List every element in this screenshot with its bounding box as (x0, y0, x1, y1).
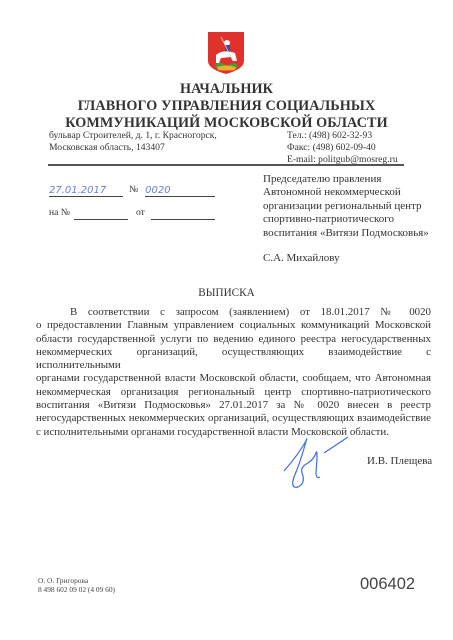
header-line-1: НАЧАЛЬНИК (0, 81, 453, 98)
body-line: некоммерческих организаций, осуществляющ… (36, 346, 431, 373)
reply-reference: на № от (49, 202, 215, 220)
body-line: некоммерческая организация региональный … (36, 386, 431, 399)
number-label: № (129, 184, 138, 195)
address-line-2: Московская область, 143407 (49, 142, 217, 154)
body-line: органами государственной власти Московск… (36, 372, 431, 385)
executor-info: О. О. Григорова 8 498 602 09 02 (4 09 60… (38, 576, 115, 594)
body-line: с исполнительными органами государственн… (36, 426, 431, 439)
coat-of-arms-emblem (207, 31, 245, 75)
reply-from-label: от (136, 207, 145, 218)
body-line: о предоставлении Главным управлением соц… (36, 319, 431, 332)
executor-name: О. О. Григорова (38, 576, 115, 585)
addressee-line-5: воспитания «Витязи Подмосковья» (263, 227, 429, 240)
addressee-line-2: Автономной некоммерческой (263, 186, 429, 199)
outgoing-number: 0020 (145, 185, 215, 197)
addressee-line-3: организации региональный центр (263, 200, 429, 213)
executor-phone: 8 498 602 09 02 (4 09 60) (38, 585, 115, 594)
outgoing-date-number: 27.01.2017 № 0020 (49, 179, 215, 197)
body-line: воспитания «Витязи Подмосковья» 27.01.20… (36, 399, 431, 412)
document-body: В соответствии с запросом (заявлением) о… (36, 306, 431, 439)
document-title: ВЫПИСКА (0, 287, 453, 299)
addressee-block: Председателю правления Автономной некомм… (263, 173, 429, 265)
addressee-line-1: Председателю правления (263, 173, 429, 186)
phone: Тел.: (498) 602-32-93 (287, 130, 398, 142)
outgoing-date: 27.01.2017 (49, 185, 123, 197)
sender-contacts: Тел.: (498) 602-32-93 Факс: (498) 602-09… (287, 130, 398, 166)
serial-number: 006402 (360, 575, 415, 594)
body-line: области государственной услуги по ведени… (36, 333, 431, 346)
addressee-name: С.А. Михайлову (263, 252, 429, 265)
handwritten-signature (280, 433, 355, 498)
header-divider (48, 164, 404, 166)
header-line-2: ГЛАВНОГО УПРАВЛЕНИЯ СОЦИАЛЬНЫХ (0, 98, 453, 115)
reply-date-blank (151, 209, 215, 220)
fax: Факс: (498) 602-09-40 (287, 142, 398, 154)
reply-number-blank (74, 209, 128, 220)
reply-number-label: на № (49, 207, 70, 218)
address-line-1: бульвар Строителей, д. 1, г. Красногорск… (49, 130, 217, 142)
signer-name: И.В. Плещева (367, 455, 432, 467)
body-line: В соответствии с запросом (заявлением) о… (36, 306, 431, 319)
body-line: негосударственных некоммерческих организ… (36, 412, 431, 425)
addressee-line-4: спортивно-патриотического (263, 213, 429, 226)
sender-address: бульвар Строителей, д. 1, г. Красногорск… (49, 130, 217, 154)
